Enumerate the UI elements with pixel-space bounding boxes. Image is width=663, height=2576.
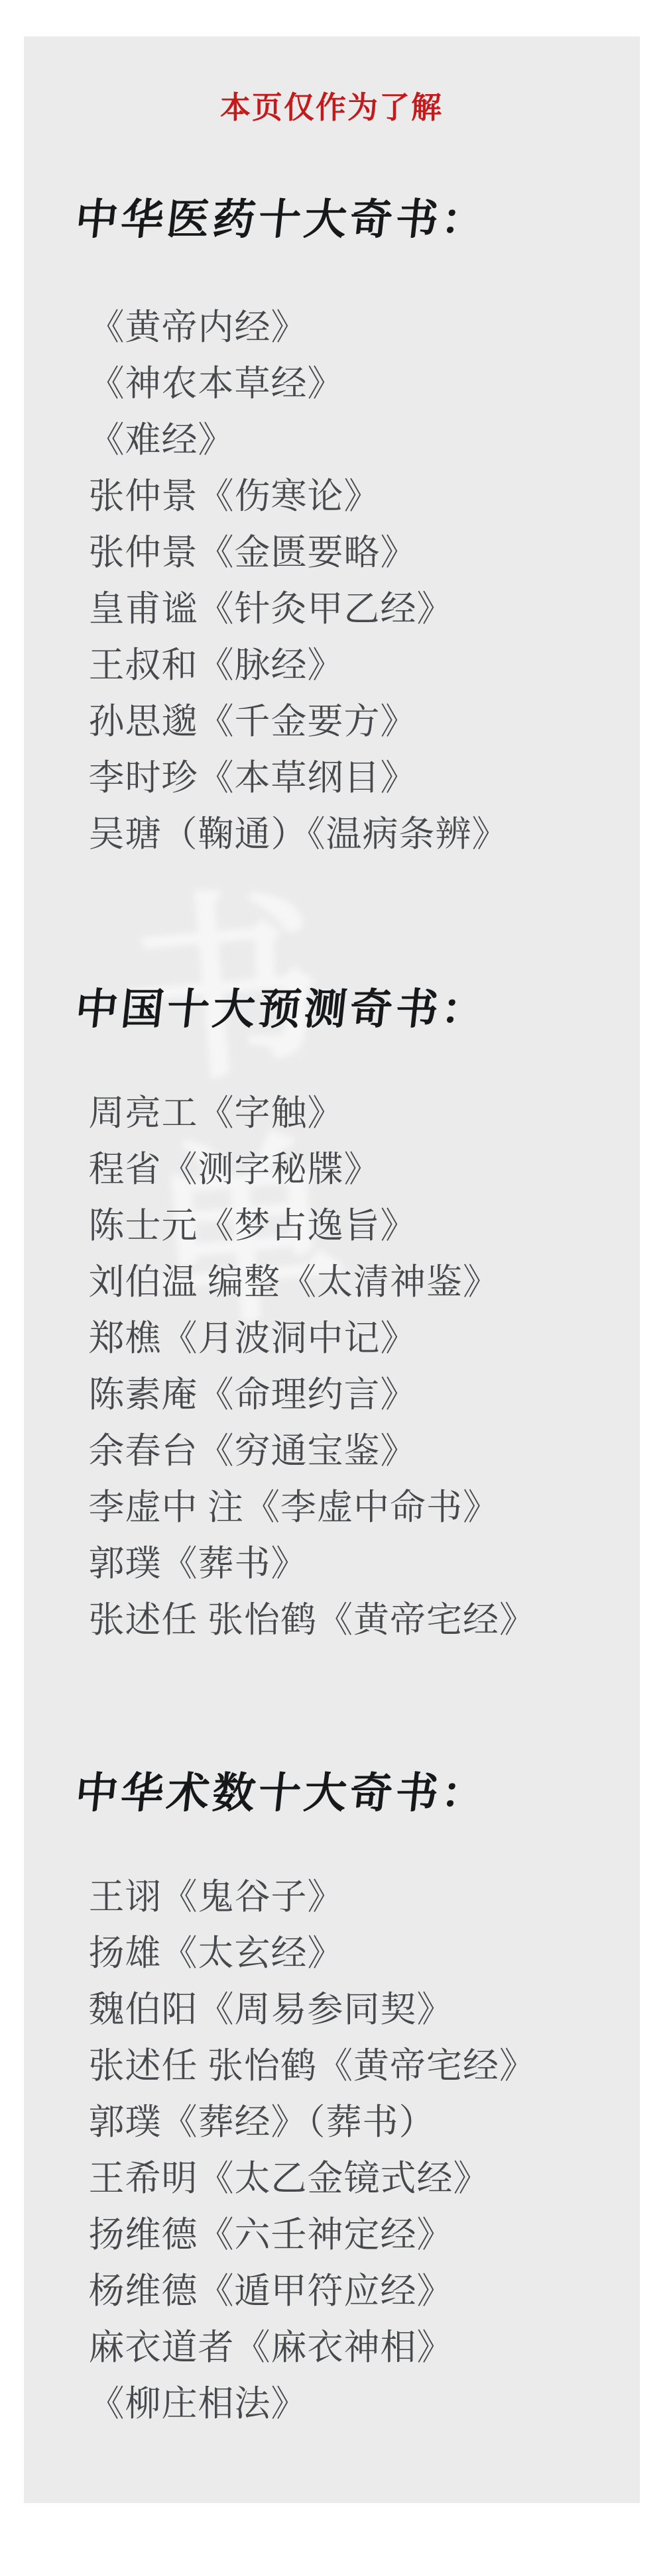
list-item: 刘伯温 编整《太清神鉴》: [89, 1254, 640, 1310]
list-item: 张仲景《金匮要略》: [89, 524, 640, 580]
list-item: 《神农本草经》: [89, 355, 640, 411]
list-item: 王希明《太乙金镜式经》: [89, 2150, 640, 2206]
notice-text: 本页仅作为了解: [24, 36, 640, 123]
list-item: 李虚中 注《李虚中命书》: [89, 1479, 640, 1535]
list-item: 张仲景《伤寒论》: [89, 468, 640, 524]
list-item: 李时珍《本草纲目》: [89, 749, 640, 806]
list-item: 魏伯阳《周易参同契》: [89, 1981, 640, 2037]
section-shushu-books: 中华术数十大奇书： 王诩《鬼谷子》 扬雄《太玄经》 魏伯阳《周易参同契》 张述任…: [24, 1770, 640, 2432]
list-item: 孙思邈《千金要方》: [89, 693, 640, 749]
list-item: 王叔和《脉经》: [89, 637, 640, 693]
list-item: 张述任 张怡鹤《黄帝宅经》: [89, 1591, 640, 1648]
list-item: 周亮工《字触》: [89, 1085, 640, 1141]
section-title: 中华术数十大奇书：: [73, 1770, 640, 1817]
book-list: 周亮工《字触》 程省《测字秘牒》 陈士元《梦占逸旨》 刘伯温 编整《太清神鉴》 …: [24, 1085, 640, 1648]
book-list: 《黄帝内经》 《神农本草经》 《难经》 张仲景《伤寒论》 张仲景《金匮要略》 皇…: [24, 299, 640, 862]
list-item: 麻衣道者《麻衣神相》: [89, 2319, 640, 2375]
document-page: 书单 本页仅作为了解 中华医药十大奇书： 《黄帝内经》 《神农本草经》 《难经》…: [24, 36, 640, 2503]
list-item: 扬维德《六壬神定经》: [89, 2206, 640, 2263]
list-item: 吴瑭（鞠通）《温病条辨》: [89, 806, 640, 862]
list-item: 张述任 张怡鹤《黄帝宅经》: [89, 2037, 640, 2094]
list-item: 余春台《穷通宝鉴》: [89, 1422, 640, 1479]
section-medicine-books: 中华医药十大奇书： 《黄帝内经》 《神农本草经》 《难经》 张仲景《伤寒论》 张…: [24, 197, 640, 862]
list-item: 程省《测字秘牒》: [89, 1141, 640, 1197]
book-list: 王诩《鬼谷子》 扬雄《太玄经》 魏伯阳《周易参同契》 张述任 张怡鹤《黄帝宅经》…: [24, 1868, 640, 2432]
list-item: 陈士元《梦占逸旨》: [89, 1197, 640, 1254]
list-item: 《柳庄相法》: [89, 2375, 640, 2432]
list-item: 郑樵《月波洞中记》: [89, 1310, 640, 1366]
list-item: 王诩《鬼谷子》: [89, 1868, 640, 1925]
list-item: 扬雄《太玄经》: [89, 1925, 640, 1981]
page-content: 本页仅作为了解 中华医药十大奇书： 《黄帝内经》 《神农本草经》 《难经》 张仲…: [24, 36, 640, 2432]
list-item: 杨维德《遁甲符应经》: [89, 2263, 640, 2319]
list-item: 皇甫谧《针灸甲乙经》: [89, 580, 640, 637]
section-title: 中国十大预测奇书：: [73, 987, 640, 1033]
list-item: 郭璞《葬经》（葬书）: [89, 2094, 640, 2150]
list-item: 《难经》: [89, 411, 640, 468]
list-item: 郭璞《葬书》: [89, 1535, 640, 1591]
document-canvas: 书单 本页仅作为了解 中华医药十大奇书： 《黄帝内经》 《神农本草经》 《难经》…: [0, 36, 663, 2576]
list-item: 陈素庵《命理约言》: [89, 1366, 640, 1422]
list-item: 《黄帝内经》: [89, 299, 640, 355]
section-prediction-books: 中国十大预测奇书： 周亮工《字触》 程省《测字秘牒》 陈士元《梦占逸旨》 刘伯温…: [24, 987, 640, 1648]
section-title: 中华医药十大奇书：: [73, 197, 640, 243]
